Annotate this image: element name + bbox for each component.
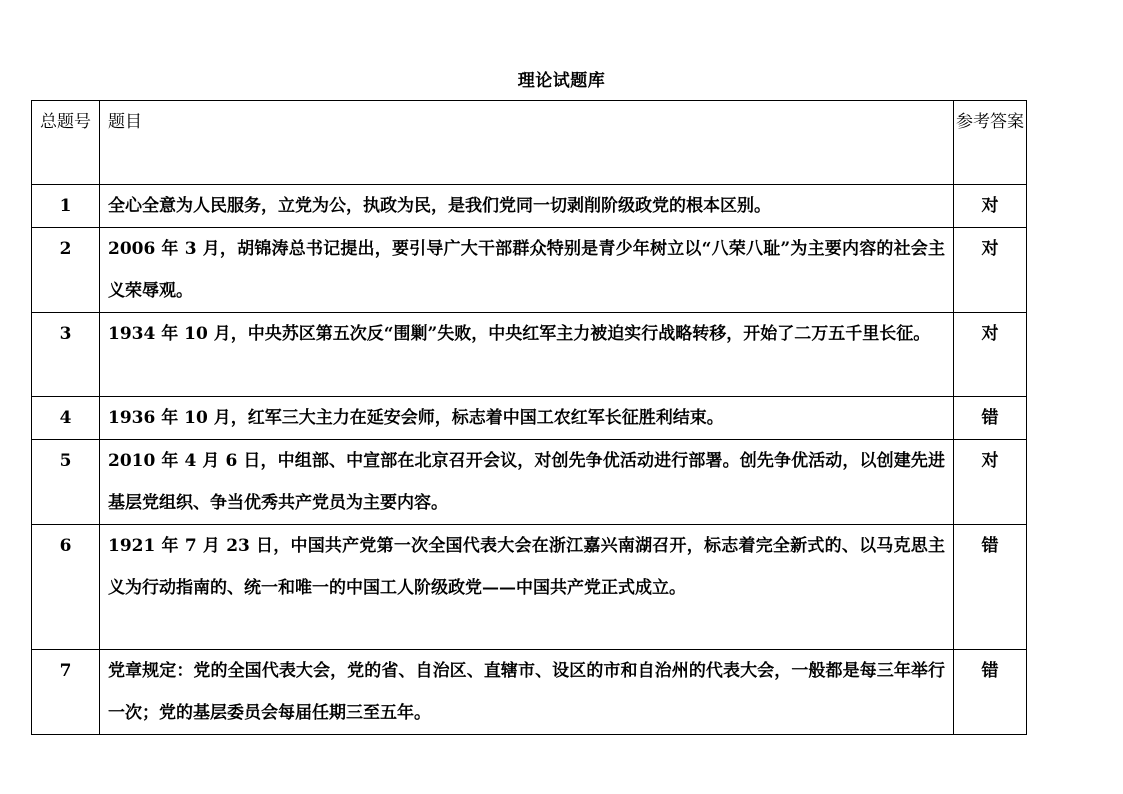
row-question: 1934 年 10 月，中央苏区第五次反“围剿”失败，中央红军主力被迫实行战略转… (100, 313, 954, 397)
row-answer: 对 (954, 313, 1027, 397)
question-bank-table: 总题号 题目 参考答案 1 全心全意为人民服务，立党为公，执政为民，是我们党同一… (31, 100, 1027, 735)
table-header-row: 总题号 题目 参考答案 (32, 101, 1027, 185)
row-answer: 错 (954, 397, 1027, 440)
row-question: 2010 年 4 月 6 日，中组部、中宣部在北京召开会议，对创先争优活动进行部… (100, 440, 954, 525)
row-number: 1 (32, 185, 100, 228)
row-question: 2006 年 3 月，胡锦涛总书记提出，要引导广大干部群众特别是青少年树立以“八… (100, 228, 954, 313)
row-question: 1921 年 7 月 23 日，中国共产党第一次全国代表大会在浙江嘉兴南湖召开，… (100, 525, 954, 650)
header-number: 总题号 (32, 101, 100, 185)
row-answer: 对 (954, 440, 1027, 525)
row-number: 4 (32, 397, 100, 440)
row-question: 党章规定：党的全国代表大会，党的省、自治区、直辖市、设区的市和自治州的代表大会，… (100, 650, 954, 735)
row-question: 1936 年 10 月，红军三大主力在延安会师，标志着中国工农红军长征胜利结束。 (100, 397, 954, 440)
table-row: 1 全心全意为人民服务，立党为公，执政为民，是我们党同一切剥削阶级政党的根本区别… (32, 185, 1027, 228)
row-number: 3 (32, 313, 100, 397)
row-answer: 对 (954, 228, 1027, 313)
row-number: 6 (32, 525, 100, 650)
row-answer: 错 (954, 650, 1027, 735)
row-answer: 错 (954, 525, 1027, 650)
row-number: 7 (32, 650, 100, 735)
header-question: 题目 (100, 101, 954, 185)
row-number: 5 (32, 440, 100, 525)
table-row: 3 1934 年 10 月，中央苏区第五次反“围剿”失败，中央红军主力被迫实行战… (32, 313, 1027, 397)
table-row: 5 2010 年 4 月 6 日，中组部、中宣部在北京召开会议，对创先争优活动进… (32, 440, 1027, 525)
header-answer: 参考答案 (954, 101, 1027, 185)
table-row: 2 2006 年 3 月，胡锦涛总书记提出，要引导广大干部群众特别是青少年树立以… (32, 228, 1027, 313)
table-row: 4 1936 年 10 月，红军三大主力在延安会师，标志着中国工农红军长征胜利结… (32, 397, 1027, 440)
table-row: 6 1921 年 7 月 23 日，中国共产党第一次全国代表大会在浙江嘉兴南湖召… (32, 525, 1027, 650)
row-number: 2 (32, 228, 100, 313)
document-title: 理论试题库 (0, 66, 1123, 91)
row-question: 全心全意为人民服务，立党为公，执政为民，是我们党同一切剥削阶级政党的根本区别。 (100, 185, 954, 228)
table-row: 7 党章规定：党的全国代表大会，党的省、自治区、直辖市、设区的市和自治州的代表大… (32, 650, 1027, 735)
row-answer: 对 (954, 185, 1027, 228)
